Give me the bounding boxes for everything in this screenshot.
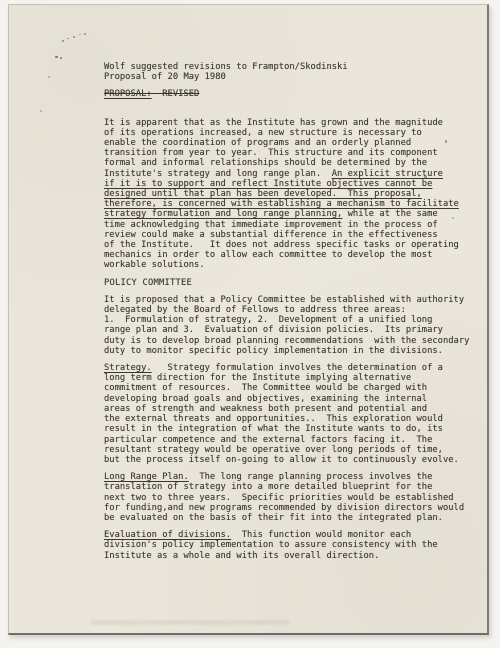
text-segment: long term direction for the Institute im…	[104, 373, 411, 383]
text-segment: Strategy formulation involves the determ…	[152, 363, 443, 373]
struck-text: REVISED	[152, 89, 200, 99]
underlined-text: if it is to support and reflect Institut…	[104, 179, 432, 189]
text-segment: The long range planning process involves…	[189, 472, 433, 482]
document-line: of the Institute. It does not address sp…	[104, 240, 486, 250]
text-segment: of the Institute. It does not address sp…	[104, 240, 459, 250]
document-line: 1. Formulation of strategy, 2. Developme…	[104, 315, 486, 325]
text-segment: division's policy implementation to assu…	[104, 540, 438, 550]
document-line: designed until that plan has been develo…	[104, 189, 486, 199]
document-line: the external threats and opportunities..…	[104, 414, 486, 424]
underlined-text: therefore, is concerned with establishin…	[104, 199, 459, 209]
section-heading: POLICY COMMITTEE	[104, 278, 486, 288]
struck-title: PROPOSAL: REVISED	[104, 89, 486, 99]
document-line: It is apparent that as the Institute has…	[104, 118, 486, 128]
document-line: areas of strength and weakness both pres…	[104, 404, 486, 414]
document-line: time acknowledging that immediate improv…	[104, 220, 486, 230]
pencil-mark	[48, 76, 50, 78]
text-segment: transition from year to year. This struc…	[104, 148, 438, 158]
document-line: be evaluated on the basis of their fit i…	[104, 513, 486, 523]
scan-speck	[452, 217, 454, 219]
text-segment: of its operations increased, a new struc…	[104, 128, 422, 138]
text-segment: mechanics in order to allow each committ…	[104, 250, 432, 260]
document-line: POLICY COMMITTEE	[104, 278, 486, 288]
document-line: Long Range Plan. The long range planning…	[104, 472, 486, 482]
document-line: if it is to support and reflect Institut…	[104, 179, 486, 189]
paragraph: Long Range Plan. The long range planning…	[104, 472, 486, 523]
scan-speck	[40, 110, 42, 112]
text-segment: It is proposed that a Policy Committee b…	[104, 295, 464, 305]
document-line: Proposal of 20 May 1980	[104, 72, 486, 82]
text-segment: developing broad goals and objectives, e…	[104, 394, 427, 404]
paragraph: Strategy. Strategy formulation involves …	[104, 363, 486, 465]
pencil-mark	[84, 33, 86, 35]
text-segment: but the process itself on-going to allow…	[104, 455, 459, 465]
text-segment: duty to monitor specific policy implemen…	[104, 346, 443, 356]
text-segment: duty is to develop broad planning recomm…	[104, 336, 469, 346]
text-segment: It is apparent that as the Institute has…	[104, 118, 443, 128]
underlined-text: designed until that plan has been develo…	[104, 189, 422, 199]
text-segment: Institute's strategy and long range plan…	[104, 169, 332, 179]
document-line: range plan and 3. Evaluation of division…	[104, 325, 486, 335]
pencil-mark	[55, 56, 58, 58]
document-line: resultant strategy would be operative ov…	[104, 445, 486, 455]
document-header: Wolf suggested revisions to Frampton/Sko…	[104, 62, 486, 82]
scan-smudge	[90, 620, 290, 625]
document-text: Wolf suggested revisions to Frampton/Sko…	[104, 62, 486, 568]
scan-background: Wolf suggested revisions to Frampton/Sko…	[0, 0, 500, 648]
document-line: Wolf suggested revisions to Frampton/Sko…	[104, 62, 486, 72]
pencil-mark	[73, 36, 75, 38]
document-line: It is proposed that a Policy Committee b…	[104, 295, 486, 305]
text-segment: 1. Formulation of strategy, 2. Developme…	[104, 315, 432, 325]
text-segment: delegated by the Board of Fellows to add…	[104, 305, 406, 315]
document-line: review could make a substantial differen…	[104, 230, 486, 240]
underlined-text: Long Range Plan.	[104, 472, 189, 482]
text-segment: translation of strategy into a more deta…	[104, 482, 432, 492]
text-segment: range plan and 3. Evaluation of division…	[104, 325, 443, 335]
underlined-text: strategy formulation and long range plan…	[104, 209, 342, 219]
document-line: but the process itself on-going to allow…	[104, 455, 486, 465]
text-segment: Wolf suggested revisions to Frampton/Sko…	[104, 62, 348, 72]
underlined-text: Strategy.	[104, 363, 152, 373]
text-segment: time acknowledging that immediate improv…	[104, 220, 438, 230]
paragraph: It is proposed that a Policy Committee b…	[104, 295, 486, 356]
document-line: delegated by the Board of Fellows to add…	[104, 305, 486, 315]
text-segment: Proposal of 20 May 1980	[104, 72, 226, 82]
document-line: therefore, is concerned with establishin…	[104, 199, 486, 209]
paragraph: It is apparent that as the Institute has…	[104, 118, 486, 271]
document-line: transition from year to year. This struc…	[104, 148, 486, 158]
text-segment: while at the same	[342, 209, 437, 219]
text-segment: the external threats and opportunities..…	[104, 414, 443, 424]
document-line: translation of strategy into a more deta…	[104, 482, 486, 492]
document-line: for funding,and new programs recommended…	[104, 503, 486, 513]
document-line: PROPOSAL: REVISED	[104, 89, 486, 99]
document-line: Institute's strategy and long range plan…	[104, 169, 486, 179]
document-line: duty to monitor specific policy implemen…	[104, 346, 486, 356]
text-segment: review could make a substantial differen…	[104, 230, 438, 240]
document-line: workable solutions.	[104, 260, 486, 270]
paragraph: Evaluation of divisions. This function w…	[104, 530, 486, 561]
pencil-mark	[67, 38, 69, 39]
document-line: mechanics in order to allow each committ…	[104, 250, 486, 260]
document-line: particular competence and the external f…	[104, 435, 486, 445]
underlined-text: Evaluation of divisions.	[104, 530, 231, 540]
document-line: strategy formulation and long range plan…	[104, 209, 486, 219]
document-line: of its operations increased, a new struc…	[104, 128, 486, 138]
text-segment: enable the coordination of programs and …	[104, 138, 411, 148]
text-segment: particular competence and the external f…	[104, 435, 432, 445]
text-segment: result in the integration of what the In…	[104, 424, 443, 434]
text-segment: workable solutions.	[104, 260, 205, 270]
pencil-mark	[79, 34, 81, 35]
text-segment: POLICY COMMITTEE	[104, 278, 192, 288]
text-segment: next two to three years. Specific priori…	[104, 493, 454, 503]
text-segment: Institute as a whole and with its overal…	[104, 551, 379, 561]
text-segment: for funding,and new programs recommended…	[104, 503, 464, 513]
document-line: developing broad goals and objectives, e…	[104, 394, 486, 404]
document-line: commitment of resources. The Committee w…	[104, 383, 486, 393]
document-line: result in the integration of what the In…	[104, 424, 486, 434]
document-line: formal and informal relationships should…	[104, 158, 486, 168]
document-line: duty is to develop broad planning recomm…	[104, 336, 486, 346]
document-line: enable the coordination of programs and …	[104, 138, 486, 148]
text-segment: be evaluated on the basis of their fit i…	[104, 513, 443, 523]
document-line: Evaluation of divisions. This function w…	[104, 530, 486, 540]
document-line: Strategy. Strategy formulation involves …	[104, 363, 486, 373]
pencil-mark	[60, 57, 62, 59]
struck-underlined-text: PROPOSAL:	[104, 89, 152, 99]
document-page: Wolf suggested revisions to Frampton/Sko…	[8, 4, 489, 635]
text-segment: areas of strength and weakness both pres…	[104, 404, 427, 414]
text-segment: commitment of resources. The Committee w…	[104, 383, 427, 393]
document-line: division's policy implementation to assu…	[104, 540, 486, 550]
text-segment: formal and informal relationships should…	[104, 158, 427, 168]
document-line: next two to three years. Specific priori…	[104, 493, 486, 503]
document-line: long term direction for the Institute im…	[104, 373, 486, 383]
text-segment: This function would monitor each	[231, 530, 411, 540]
document-line: Institute as a whole and with its overal…	[104, 551, 486, 561]
text-segment: resultant strategy would be operative ov…	[104, 445, 443, 455]
